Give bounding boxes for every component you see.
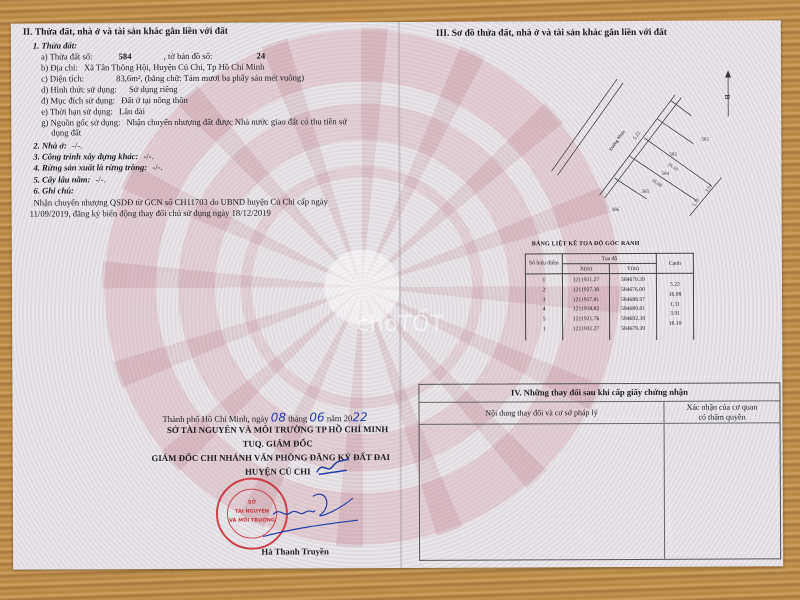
area-row: c) Diện tích: 83,6m², (bằng chữ: Tám mươ… [41,72,304,83]
place-date: Thành phố Hồ Chí Minh, ngày 08 tháng 06 … [163,410,368,425]
purpose-row: đ) Mục đích sử dụng: Đất ở tại nông thôn [41,95,188,106]
purpose-value: Đất ở tại nông thôn [121,95,188,105]
section-2-title: II. Thửa đất, nhà ở và tài sản khác gắn … [23,27,228,38]
house-row: 2. Nhà ở: -/-. [33,140,82,150]
notes-heading: 6. Ghi chú: [34,185,74,195]
area-label: c) Diện tích: [41,73,84,83]
origin-value-cont: dụng đất [51,127,81,137]
edge-length: 3.91 [660,310,690,320]
parcel-583: 583 [669,153,677,158]
house-value: -/-. [72,140,82,150]
usage-form-label: d) Hình thức sử dụng: [41,84,117,94]
edge-label-5-22: 5.22 [633,131,642,141]
authority-confirmation-cell [665,423,781,560]
land-heading: 1. Thửa đất: [33,40,77,50]
changes-table: IV. Những thay đổi sau khi cấp giấy chứn… [418,382,781,561]
changes-content-cell [420,424,666,561]
col-coords: Tọa độ [562,253,656,263]
point-id: 5 [529,315,559,325]
point-id: 1 [529,276,559,286]
initials-signature [313,454,353,478]
edge-label-16-08: 16.08 [650,178,663,189]
coord-table-title: BẢNG LIỆT KÊ TỌA ĐỘ GÓC RANH [532,241,640,247]
edge-list: 5.2216.081.313.9116.10 [656,273,693,339]
parcel-582: 582 [701,138,709,143]
month-label: tháng [288,413,307,423]
issue-month: 06 [309,410,324,424]
parcel-585: 585 [642,190,650,195]
section-3-title: III. Sơ đồ thửa đất, nhà ở và tài sản kh… [436,28,667,39]
y-coordinate: 584676.00 [613,286,653,296]
chotot-watermark: choTỐT [357,312,444,337]
origin-value: Nhận chuyển nhượng đất được Nhà nước gia… [127,116,347,127]
forest-heading: 4. Rừng sản xuất là rừng trồng: [33,162,147,172]
signer-signature [253,484,363,544]
purpose-label: đ) Mục đích sử dụng: [41,95,115,105]
x-coordinate: 1211918.82 [566,305,606,315]
point-id: 4 [529,306,559,316]
area-value: 83,6m², (bằng chữ: Tám mươi ba phẩy sáu … [116,72,304,83]
north-label: B [723,95,731,100]
coord-table: Số hiệu điểm Tọa độ Cạnh X(m) Y(m) 12345… [525,253,694,340]
address-row: b) Địa chỉ: Xã Tân Thông Hội, Huyện Củ C… [41,62,264,73]
y-coordinate: 584688.97 [613,295,653,305]
usage-form-value: Sử dụng riêng [129,84,178,94]
point-id: 2 [529,286,559,296]
origin-row: g) Nguồn gốc sử dụng: Nhận chuyển nhượng… [41,116,347,127]
edge-length: 1.31 [660,300,690,310]
y-coordinate: 584679.39 [613,276,653,286]
plot-number-label: a) Thửa đất số: [41,51,93,61]
issue-day: 08 [271,410,286,424]
y-coordinate: 584689.81 [613,305,653,315]
col-y: Y(m) [609,263,656,273]
on-behalf: TUQ. GIÁM ĐỐC [153,438,403,449]
map-number: 24 [257,51,266,61]
changes-content-header: Nội dung thay đổi và cơ sở pháp lý [419,402,664,424]
term-label: e) Thời hạn sử dụng: [41,106,113,116]
house-heading: 2. Nhà ở: [33,140,67,150]
table-row: 123451 1211931.271211927.301211917.81121… [525,273,693,340]
issue-year: 22 [352,410,367,424]
x-coordinate: 1211921.76 [566,315,606,325]
authority-header-line2: có thẩm quyền [665,412,780,422]
y-coordinate: 584692.38 [613,315,653,325]
x-coordinate: 1211927.30 [566,286,606,296]
address-value: Xã Tân Thông Hội, Huyện Củ Chi, Tp Hồ Ch… [84,62,265,73]
usage-form-row: d) Hình thức sử dụng: Sử dụng riêng [41,84,177,95]
y-list: 584679.39584676.00584688.97584689.815846… [609,273,656,339]
road-label: Đường Nhựa [608,129,626,151]
district-name: HUYỆN CỦ CHI [153,466,403,477]
x-coordinate: 1211931.27 [566,325,606,335]
point-list: 123451 [525,274,562,340]
other-works-row: 3. Công trình xây dựng khác: -/-. [33,151,153,162]
forest-value: -/-. [152,162,162,172]
term-value: Lâu dài [119,106,145,116]
col-x: X(m) [562,264,609,274]
edge-label-3-91: 3.91 [705,183,714,193]
plot-number: 584 [119,51,132,61]
edge-length: 5.22 [660,281,690,291]
plot-number-row: a) Thửa đất số: 584 , tờ bản đồ số: 24 [41,51,265,62]
x-coordinate: 1211917.81 [566,296,606,306]
notes-line-1: Nhận chuyển nhượng QSDĐ từ GCN số CH1170… [34,196,328,207]
address-label: b) Địa chỉ: [41,62,78,72]
perennial-heading: 5. Cây lâu năm: [33,174,90,184]
parcel-586: 586 [612,208,620,213]
agency-name: SỞ TÀI NGUYÊN VÀ MÔI TRƯỜNG TP HỒ CHÍ MI… [153,424,403,435]
perennial-value: -/-. [95,174,105,184]
map-number-label: , tờ bản đồ số: [164,51,213,61]
col-point: Số hiệu điểm [525,254,562,274]
col-edge: Cạnh [656,253,693,273]
year-label: năm 20 [327,413,353,423]
section-4-title: IV. Những thay đổi sau khi cấp giấy chứn… [419,383,779,403]
edge-length: 16.08 [660,291,690,301]
land-certificate-page: II. Thửa đất, nhà ở và tài sản khác gắn … [11,20,783,569]
y-coordinate: 584679.39 [613,325,653,335]
point-id: 1 [529,325,559,335]
term-row: e) Thời hạn sử dụng: Lâu dài [41,106,145,116]
place-date-prefix: Thành phố Hồ Chí Minh, ngày [163,414,269,424]
notes-line-2: 11/09/2019, đăng ký biến động thay đổi c… [30,208,271,219]
forest-row: 4. Rừng sản xuất là rừng trồng: -/-. [33,162,162,173]
origin-label: g) Nguồn gốc sử dụng: [41,117,120,127]
signer-position: GIÁM ĐỐC CHI NHÁNH VĂN PHÒNG ĐĂNG KÝ ĐẤT… [131,452,411,463]
signer-name: Hà Thanh Truyền [245,546,345,556]
point-id: 3 [529,296,559,306]
edge-length: 16.10 [660,320,690,330]
x-coordinate: 1211931.27 [566,276,606,286]
parcel-584: 584 [661,172,669,177]
other-works-heading: 3. Công trình xây dựng khác: [33,151,138,161]
perennial-row: 5. Cây lâu năm: -/-. [33,174,105,184]
authority-header-line1: Xác nhận của cơ quan [664,402,779,412]
other-works-value: -/-. [143,151,153,161]
x-list: 1211931.271211927.301211917.811211918.82… [562,274,609,340]
parcel-diagram: B Đường Nhựa 582 583 584 585 586 5.22 16… [551,70,782,221]
authority-confirmation-header: Xác nhận của cơ quan có thẩm quyền [664,401,779,423]
